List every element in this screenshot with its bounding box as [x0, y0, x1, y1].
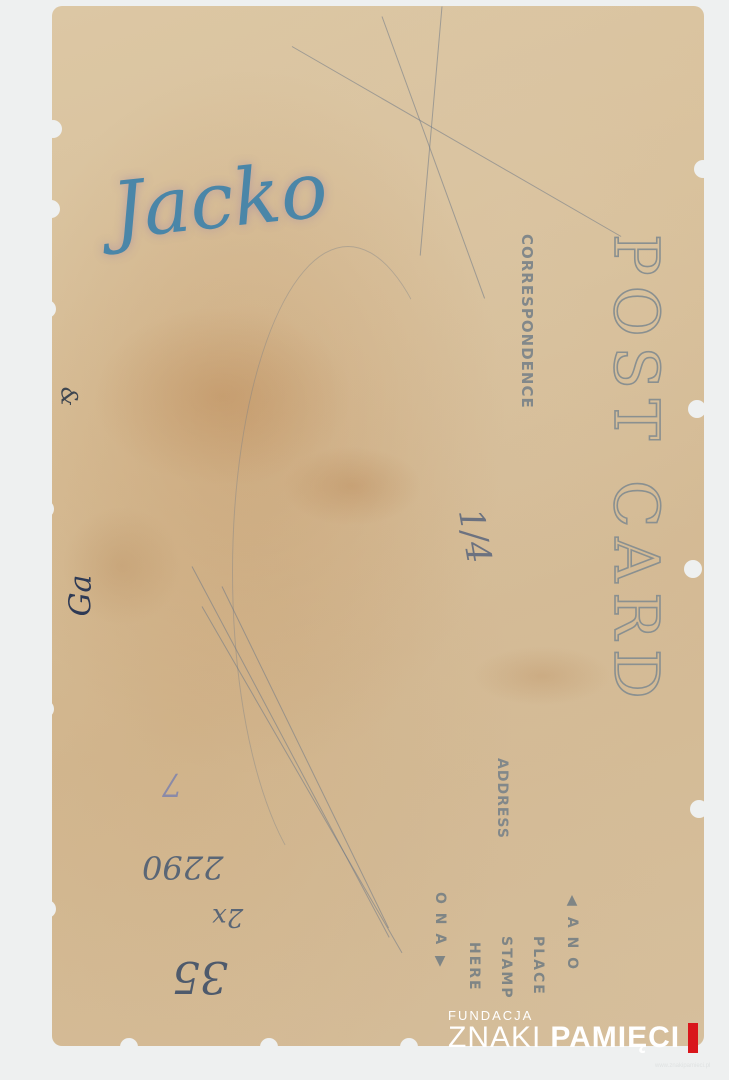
logo-znaki: ZNAKI — [448, 1021, 541, 1055]
logo-pamieci: PAMIĘCI — [550, 1021, 680, 1055]
logo-url[interactable]: www.znakipamieci.pl — [655, 1063, 710, 1069]
pencil-multiplier: 2x — [212, 902, 243, 932]
margin-mark: & — [55, 387, 80, 407]
pencil-stroke — [382, 16, 486, 298]
address-label: ADDRESS — [494, 758, 510, 839]
stamp-border-column: ▲ A N O — [564, 892, 580, 971]
postcard-back: POST CARD CORRESPONDENCE ADDRESS ▲ A N O… — [52, 6, 704, 1046]
center-mark: 1/4 — [450, 506, 499, 567]
logo-wordmark: ZNAKI PAMIĘCI — [448, 1021, 698, 1055]
pencil-price: 2290 — [142, 848, 223, 886]
pencil-stroke — [292, 46, 622, 237]
pencil-arc — [232, 246, 464, 898]
foxing-stain — [472, 646, 612, 706]
pencil-number: 35 — [172, 951, 228, 1002]
stamp-here-line: HERE — [466, 942, 482, 992]
stamp-border-column: O N A ▼ — [432, 892, 448, 971]
pencil-number: 7 — [162, 766, 182, 804]
margin-mark: Ga — [63, 575, 98, 617]
ink-signature: Jacko — [108, 145, 332, 257]
post-card-title: POST CARD — [600, 234, 673, 709]
foundation-logo: FUNDACJA ZNAKI PAMIĘCI — [448, 1008, 698, 1055]
stamp-stamp-line: STAMP — [498, 936, 514, 1000]
logo-red-bar — [688, 1023, 698, 1053]
correspondence-label: CORRESPONDENCE — [518, 234, 536, 409]
stamp-place-line: PLACE — [530, 936, 546, 996]
